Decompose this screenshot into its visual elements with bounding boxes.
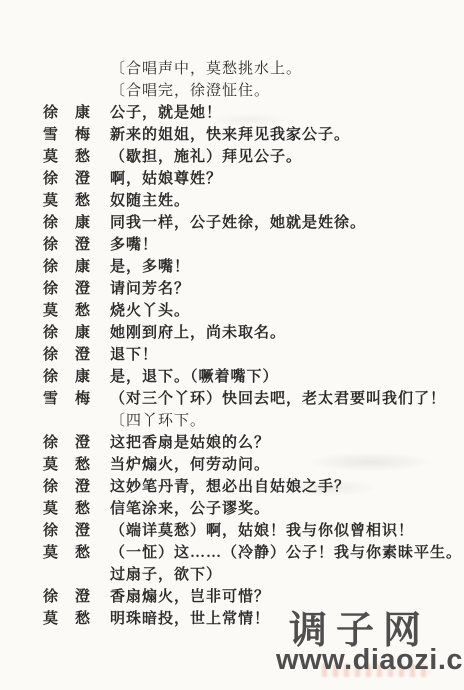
script-line: 莫 愁 烧火丫头。 [43,300,454,322]
speaker-name: 莫 愁 [43,608,91,630]
line-text: 这妙笔丹青，想必出自姑娘之手？ [110,476,350,498]
line-text: 奴随主姓。 [110,190,190,212]
line-text: 当炉煽火，何劳动问。 [110,454,270,476]
speaker-char-2: 澄 [75,344,91,366]
script-line: 〔合唱声中，莫愁挑水上。 [43,58,454,80]
speaker-char-1: 徐 [43,256,59,278]
speaker-name: 雪 梅 [43,124,91,146]
line-text: 〔合唱声中，莫愁挑水上。 [110,58,302,80]
script-line: 莫 愁 明珠暗投，世上常情！ [43,608,454,630]
speaker-char-1: 徐 [43,344,59,366]
script-line: 莫 愁 （歇担，施礼）拜见公子。 [43,146,454,168]
speaker-char-1: 徐 [43,520,59,542]
line-text: 她刚到府上，尚未取名。 [110,322,286,344]
speaker-char-2: 康 [75,102,91,124]
script-line: 徐 康 公子，就是她！ [43,102,454,124]
watermark-artifact [322,664,432,677]
speaker-char-1: 徐 [43,234,59,256]
script-line: 徐 康 是，退下。（噘着嘴下） [43,366,454,388]
script-line: 莫 愁 当炉煽火，何劳动问。 [43,454,454,476]
line-text: 退下！ [110,344,158,366]
script-line: 过扇子，欲下） [43,564,454,586]
script-line: 雪 梅 （对三个丫环）快回去吧，老太君要叫我们了！ [43,388,454,410]
line-text: （端详莫愁）啊，姑娘！我与你似曾相识！ [110,520,414,542]
line-text: 〔合唱完，徐澄怔住。 [110,80,270,102]
speaker-char-2: 康 [75,256,91,278]
speaker-name: 莫 愁 [43,542,91,564]
speaker-char-1: 徐 [43,102,59,124]
line-text: 过扇子，欲下） [110,564,222,586]
speaker-name: 莫 愁 [43,190,91,212]
speaker-char-1: 徐 [43,432,59,454]
speaker-char-2: 梅 [75,124,91,146]
line-text: 新来的姐姐，快来拜见我家公子。 [110,124,350,146]
speaker-char-2: 愁 [75,146,91,168]
script-line: 徐 澄 啊，姑娘尊姓？ [43,168,454,190]
speaker-char-2: 愁 [75,498,91,520]
speaker-name: 徐 澄 [43,586,91,608]
speaker-char-2: 康 [75,366,91,388]
speaker-name: 莫 愁 [43,454,91,476]
speaker-name: 徐 澄 [43,476,91,498]
speaker-char-1: 徐 [43,168,59,190]
speaker-name: 徐 康 [43,322,91,344]
speaker-char-1: 莫 [43,190,59,212]
script-line: 徐 澄 退下！ [43,344,454,366]
speaker-char-2: 愁 [75,608,91,630]
speaker-name: 徐 澄 [43,520,91,542]
speaker-char-1: 莫 [43,608,59,630]
speaker-name: 徐 澄 [43,278,91,300]
line-text: 啊，姑娘尊姓？ [110,168,222,190]
speaker-char-2: 澄 [75,234,91,256]
line-text: 是，退下。（噘着嘴下） [110,366,279,388]
line-text: 公子，就是她！ [110,102,222,124]
speaker-char-2: 澄 [75,520,91,542]
speaker-char-2: 澄 [75,168,91,190]
speaker-char-2: 澄 [75,586,91,608]
script-line: 徐 澄 请问芳名？ [43,278,454,300]
script-line: 徐 康 她刚到府上，尚未取名。 [43,322,454,344]
speaker-char-2: 澄 [75,278,91,300]
speaker-char-1: 徐 [43,366,59,388]
line-text: （一怔）这……（冷静）公子！我与你素昧平生。（接 [110,542,464,564]
speaker-char-1: 莫 [43,146,59,168]
line-text: 请问芳名？ [110,278,190,300]
line-text: 多嘴！ [110,234,158,256]
speaker-name: 徐 康 [43,102,91,124]
speaker-name: 徐 澄 [43,344,91,366]
line-text: 香扇煽火，岂非可惜？ [110,586,270,608]
script-line: 莫 愁 奴随主姓。 [43,190,454,212]
speaker-char-1: 徐 [43,586,59,608]
line-text: 是，多嘴！ [110,256,190,278]
speaker-name: 徐 澄 [43,234,91,256]
line-text: 明珠暗投，世上常情！ [110,608,270,630]
line-text: （对三个丫环）快回去吧，老太君要叫我们了！ [110,388,446,410]
speaker-name: 莫 愁 [43,146,91,168]
speaker-char-2: 康 [75,212,91,234]
speaker-char-1: 徐 [43,322,59,344]
speaker-char-1: 雪 [43,124,59,146]
speaker-char-2: 梅 [75,388,91,410]
speaker-char-2: 澄 [75,432,91,454]
script-line: 徐 澄 （端详莫愁）啊，姑娘！我与你似曾相识！ [43,520,454,542]
line-text: （歇担，施礼）拜见公子。 [110,146,302,168]
speaker-char-1: 莫 [43,300,59,322]
speaker-char-2: 愁 [75,300,91,322]
script-line: 徐 康 同我一样，公子姓徐，她就是姓徐。 [43,212,454,234]
line-text: 同我一样，公子姓徐，她就是姓徐。 [110,212,366,234]
speaker-char-2: 愁 [75,542,91,564]
line-text: 这把香扇是姑娘的么？ [110,432,270,454]
line-text: 〔四丫环下。 [110,410,206,432]
speaker-name: 徐 澄 [43,168,91,190]
line-text: 烧火丫头。 [110,300,190,322]
speaker-char-2: 愁 [75,454,91,476]
script-line: 雪 梅 新来的姐姐，快来拜见我家公子。 [43,124,454,146]
watermark-site-url: www.diaozi.com [276,644,464,677]
script-line: 〔合唱完，徐澄怔住。 [43,80,454,102]
dialogue-lines: 〔合唱声中，莫愁挑水上。 〔合唱完，徐澄怔住。 徐 康 公子，就是她！ 雪 梅 … [43,58,454,630]
speaker-char-1: 莫 [43,454,59,476]
speaker-char-2: 澄 [75,476,91,498]
script-line: 徐 澄 多嘴！ [43,234,454,256]
speaker-name: 徐 澄 [43,432,91,454]
speaker-char-1: 徐 [43,476,59,498]
speaker-name: 徐 康 [43,366,91,388]
speaker-name: 徐 康 [43,256,91,278]
script-line: 徐 澄 这把香扇是姑娘的么？ [43,432,454,454]
script-line: 徐 澄 香扇煽火，岂非可惜？ [43,586,454,608]
speaker-char-2: 愁 [75,190,91,212]
speaker-name: 莫 愁 [43,300,91,322]
speaker-char-2: 康 [75,322,91,344]
script-line: 〔四丫环下。 [43,410,454,432]
speaker-name: 徐 康 [43,212,91,234]
scanned-script-page: 〔合唱声中，莫愁挑水上。 〔合唱完，徐澄怔住。 徐 康 公子，就是她！ 雪 梅 … [0,0,464,690]
speaker-char-1: 莫 [43,542,59,564]
speaker-name: 雪 梅 [43,388,91,410]
speaker-char-1: 徐 [43,278,59,300]
speaker-char-1: 莫 [43,498,59,520]
speaker-char-1: 徐 [43,212,59,234]
script-line: 徐 澄 这妙笔丹青，想必出自姑娘之手？ [43,476,454,498]
speaker-name: 莫 愁 [43,498,91,520]
line-text: 信笔涂来，公子谬奖。 [110,498,270,520]
script-line: 徐 康 是，多嘴！ [43,256,454,278]
speaker-char-1: 雪 [43,388,59,410]
script-line: 莫 愁 （一怔）这……（冷静）公子！我与你素昧平生。（接 [43,542,454,564]
script-line: 莫 愁 信笔涂来，公子谬奖。 [43,498,454,520]
